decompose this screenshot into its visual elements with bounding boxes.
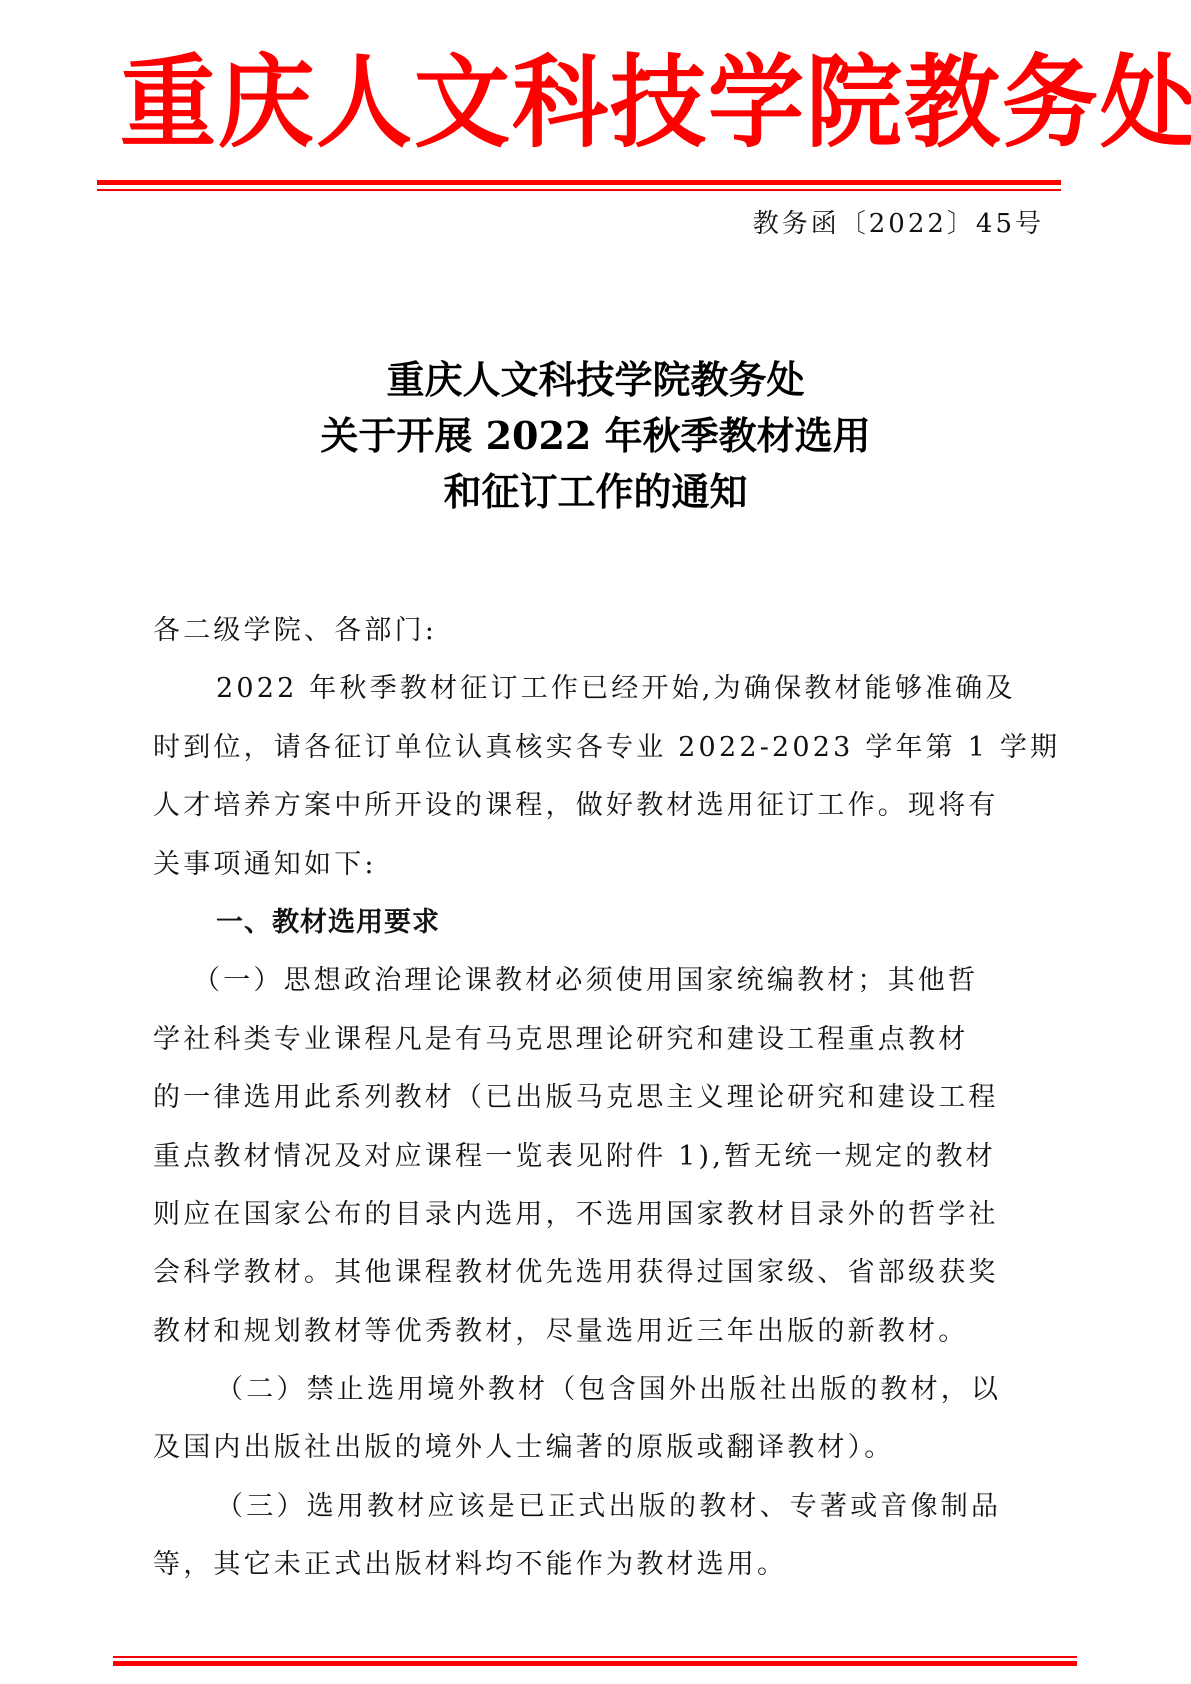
item1-line: 的一律选用此系列教材（已出版马克思主义理论研究和建设工程 <box>153 1069 1053 1127</box>
item1-line: 学社科类专业课程凡是有马克思理论研究和建设工程重点教材 <box>153 1011 1053 1069</box>
header-rule-thick <box>97 180 1061 185</box>
intro-line: 2022 年秋季教材征订工作已经开始,为确保教材能够准确及 <box>153 660 1053 718</box>
footer-rule-thin <box>113 1656 1077 1658</box>
masthead-org-name: 重庆人文科技学院教务处 <box>120 35 1080 172</box>
header-rule-thin <box>97 189 1061 191</box>
item1-line: （一）思想政治理论课教材必须使用国家统编教材；其他哲 <box>153 952 1053 1010</box>
item1-line: 则应在国家公布的目录内选用，不选用国家教材目录外的哲学社 <box>153 1186 1053 1244</box>
document-body: 各二级学院、各部门: 2022 年秋季教材征订工作已经开始,为确保教材能够准确及… <box>153 602 1053 1595</box>
item1-line: 教材和规划教材等优秀教材，尽量选用近三年出版的新教材。 <box>153 1303 1053 1361</box>
item1-line: 重点教材情况及对应课程一览表见附件 1),暂无统一规定的教材 <box>153 1128 1053 1186</box>
title-line-1: 重庆人文科技学院教务处 <box>0 352 1191 408</box>
document-page: 重庆人文科技学院教务处 教务函〔2022〕45号 重庆人文科技学院教务处 关于开… <box>0 0 1191 1684</box>
document-title: 重庆人文科技学院教务处 关于开展 2022 年秋季教材选用 和征订工作的通知 <box>0 352 1191 520</box>
title-line-2: 关于开展 2022 年秋季教材选用 <box>0 408 1191 464</box>
document-number: 教务函〔2022〕45号 <box>753 203 1044 240</box>
item2-line: （二）禁止选用境外教材（包含国外出版社出版的教材，以 <box>153 1361 1053 1419</box>
item3-line: 等，其它未正式出版材料均不能作为教材选用。 <box>153 1536 1053 1594</box>
item2-line: 及国内出版社出版的境外人士编著的原版或翻译教材）。 <box>153 1419 1053 1477</box>
title-line-3: 和征订工作的通知 <box>0 464 1191 520</box>
intro-line: 关事项通知如下: <box>153 836 1053 894</box>
intro-line: 时到位，请各征订单位认真核实各专业 2022-2023 学年第 1 学期 <box>153 719 1053 777</box>
section-heading: 一、教材选用要求 <box>153 894 1053 952</box>
item3-line: （三）选用教材应该是已正式出版的教材、专著或音像制品 <box>153 1478 1053 1536</box>
intro-line: 人才培养方案中所开设的课程，做好教材选用征订工作。现将有 <box>153 777 1053 835</box>
footer-rule-thick <box>113 1661 1077 1666</box>
salutation: 各二级学院、各部门: <box>153 602 1053 660</box>
item1-line: 会科学教材。其他课程教材优先选用获得过国家级、省部级获奖 <box>153 1244 1053 1302</box>
